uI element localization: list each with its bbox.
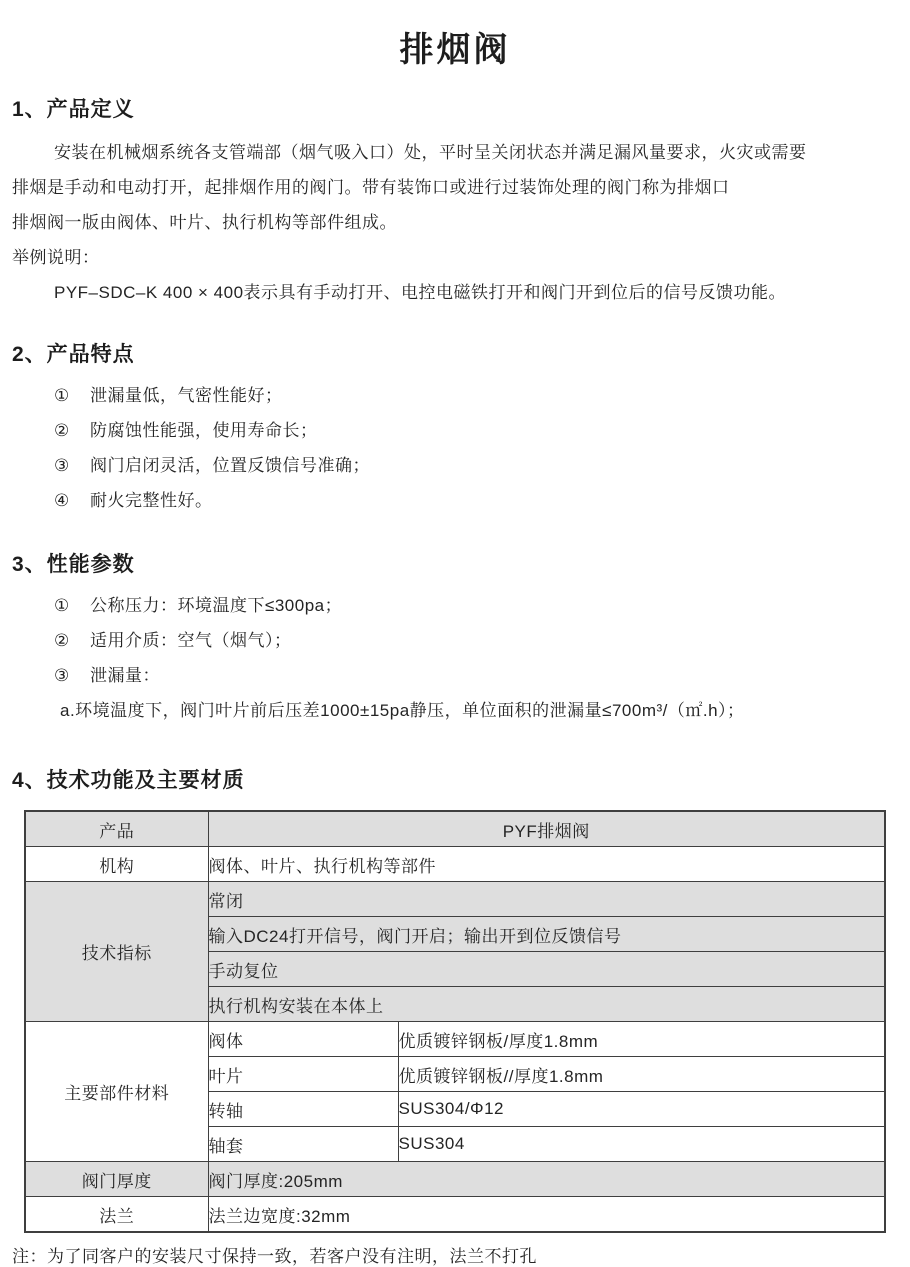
paragraph-line: 安装在机械烟系统各支管端部（烟气吸入口）处，平时呈关闭状态并满足漏风量要求，火灾… bbox=[12, 135, 898, 170]
cell-materials-label: 主要部件材料 bbox=[25, 1022, 208, 1162]
table-row-flange: 法兰 法兰边宽度:32mm bbox=[25, 1197, 885, 1233]
cell-flange-value: 法兰边宽度:32mm bbox=[208, 1197, 885, 1233]
circled-number-marker: ④ bbox=[54, 483, 90, 518]
cell-mechanism-value: 阀体、叶片、执行机构等部件 bbox=[208, 847, 885, 882]
table-row-thickness: 阀门厚度 阀门厚度:205mm bbox=[25, 1162, 885, 1197]
circled-number-marker: ② bbox=[54, 623, 90, 658]
leakage-detail-line: a.环境温度下，阀门叶片前后压差1000±15pa静压，单位面积的泄漏量≤700… bbox=[12, 693, 898, 728]
cell-part-name: 阀体 bbox=[208, 1022, 398, 1057]
cell-product-label: 产品 bbox=[25, 811, 208, 847]
list-item-text: 耐火完整性好。 bbox=[90, 491, 213, 510]
section-4-heading: 4、技术功能及主要材质 bbox=[12, 768, 898, 794]
list-item-text: 防腐蚀性能强，使用寿命长； bbox=[90, 421, 318, 440]
cell-part-material: 优质镀锌钢板/厚度1.8mm bbox=[398, 1022, 885, 1057]
list-item-text: 公称压力：环境温度下≤300pa； bbox=[90, 596, 342, 615]
paragraph-line: 排烟阀一版由阀体、叶片、执行机构等部件组成。 bbox=[12, 205, 898, 240]
circled-number-marker: ② bbox=[54, 413, 90, 448]
cell-tech-value: 执行机构安装在本体上 bbox=[208, 987, 885, 1022]
feature-list: ①泄漏量低，气密性能好； ②防腐蚀性能强，使用寿命长； ③阀门启闭灵活，位置反馈… bbox=[12, 378, 898, 518]
cell-flange-label: 法兰 bbox=[25, 1197, 208, 1233]
section-1-heading: 1、产品定义 bbox=[12, 97, 898, 123]
cell-tech-value: 常闭 bbox=[208, 882, 885, 917]
circled-number-marker: ① bbox=[54, 378, 90, 413]
example-label: 举例说明： bbox=[12, 240, 898, 275]
circled-number-marker: ③ bbox=[54, 658, 90, 693]
cell-thickness-value: 阀门厚度:205mm bbox=[208, 1162, 885, 1197]
page-title: 排烟阀 bbox=[12, 22, 898, 71]
list-item: ②防腐蚀性能强，使用寿命长； bbox=[12, 413, 898, 448]
list-item: ③泄漏量： bbox=[12, 658, 898, 693]
cell-mechanism-label: 机构 bbox=[25, 847, 208, 882]
parameter-list: ①公称压力：环境温度下≤300pa； ②适用介质：空气（烟气）； ③泄漏量： a… bbox=[12, 588, 898, 728]
cell-part-material: SUS304 bbox=[398, 1127, 885, 1162]
cell-thickness-label: 阀门厚度 bbox=[25, 1162, 208, 1197]
list-item: ④耐火完整性好。 bbox=[12, 483, 898, 518]
table-row-tech: 技术指标 常闭 bbox=[25, 882, 885, 917]
list-item: ①公称压力：环境温度下≤300pa； bbox=[12, 588, 898, 623]
section-2-heading: 2、产品特点 bbox=[12, 342, 898, 368]
cell-part-name: 叶片 bbox=[208, 1057, 398, 1092]
list-item-text: 适用介质：空气（烟气）； bbox=[90, 631, 292, 650]
cell-tech-value: 手动复位 bbox=[208, 952, 885, 987]
cell-part-material: SUS304/Φ12 bbox=[398, 1092, 885, 1127]
list-item: ③阀门启闭灵活，位置反馈信号准确； bbox=[12, 448, 898, 483]
list-item: ②适用介质：空气（烟气）； bbox=[12, 623, 898, 658]
cell-part-name: 轴套 bbox=[208, 1127, 398, 1162]
cell-product-value: PYF排烟阀 bbox=[208, 811, 885, 847]
list-item-text: 泄漏量： bbox=[90, 666, 160, 685]
cell-tech-label: 技术指标 bbox=[25, 882, 208, 1022]
cell-part-name: 转轴 bbox=[208, 1092, 398, 1127]
example-text: PYF–SDC–K 400 × 400表示具有手动打开、电控电磁铁打开和阀门开到… bbox=[12, 275, 898, 310]
circled-number-marker: ① bbox=[54, 588, 90, 623]
table-row-mechanism: 机构 阀体、叶片、执行机构等部件 bbox=[25, 847, 885, 882]
section-3-heading: 3、性能参数 bbox=[12, 552, 898, 578]
list-item-text: 泄漏量低，气密性能好； bbox=[90, 386, 283, 405]
paragraph-line: 排烟是手动和电动打开，起排烟作用的阀门。带有装饰口或进行过装饰处理的阀门称为排烟… bbox=[12, 170, 898, 205]
list-item-text: 阀门启闭灵活，位置反馈信号准确； bbox=[90, 456, 370, 475]
cell-tech-value: 输入DC24打开信号，阀门开启；输出开到位反馈信号 bbox=[208, 917, 885, 952]
section-1-paragraph: 安装在机械烟系统各支管端部（烟气吸入口）处，平时呈关闭状态并满足漏风量要求，火灾… bbox=[12, 135, 898, 310]
document-page: 排烟阀 1、产品定义 安装在机械烟系统各支管端部（烟气吸入口）处，平时呈关闭状态… bbox=[0, 22, 910, 1267]
cell-part-material: 优质镀锌钢板//厚度1.8mm bbox=[398, 1057, 885, 1092]
table-row-material: 主要部件材料 阀体 优质镀锌钢板/厚度1.8mm bbox=[25, 1022, 885, 1057]
table-row-product: 产品 PYF排烟阀 bbox=[25, 811, 885, 847]
list-item: ①泄漏量低，气密性能好； bbox=[12, 378, 898, 413]
spec-table: 产品 PYF排烟阀 机构 阀体、叶片、执行机构等部件 技术指标 常闭 输入DC2… bbox=[24, 810, 886, 1233]
circled-number-marker: ③ bbox=[54, 448, 90, 483]
footnote: 注：为了同客户的安装尺寸保持一致，若客户没有注明，法兰不打孔 bbox=[12, 1242, 898, 1267]
